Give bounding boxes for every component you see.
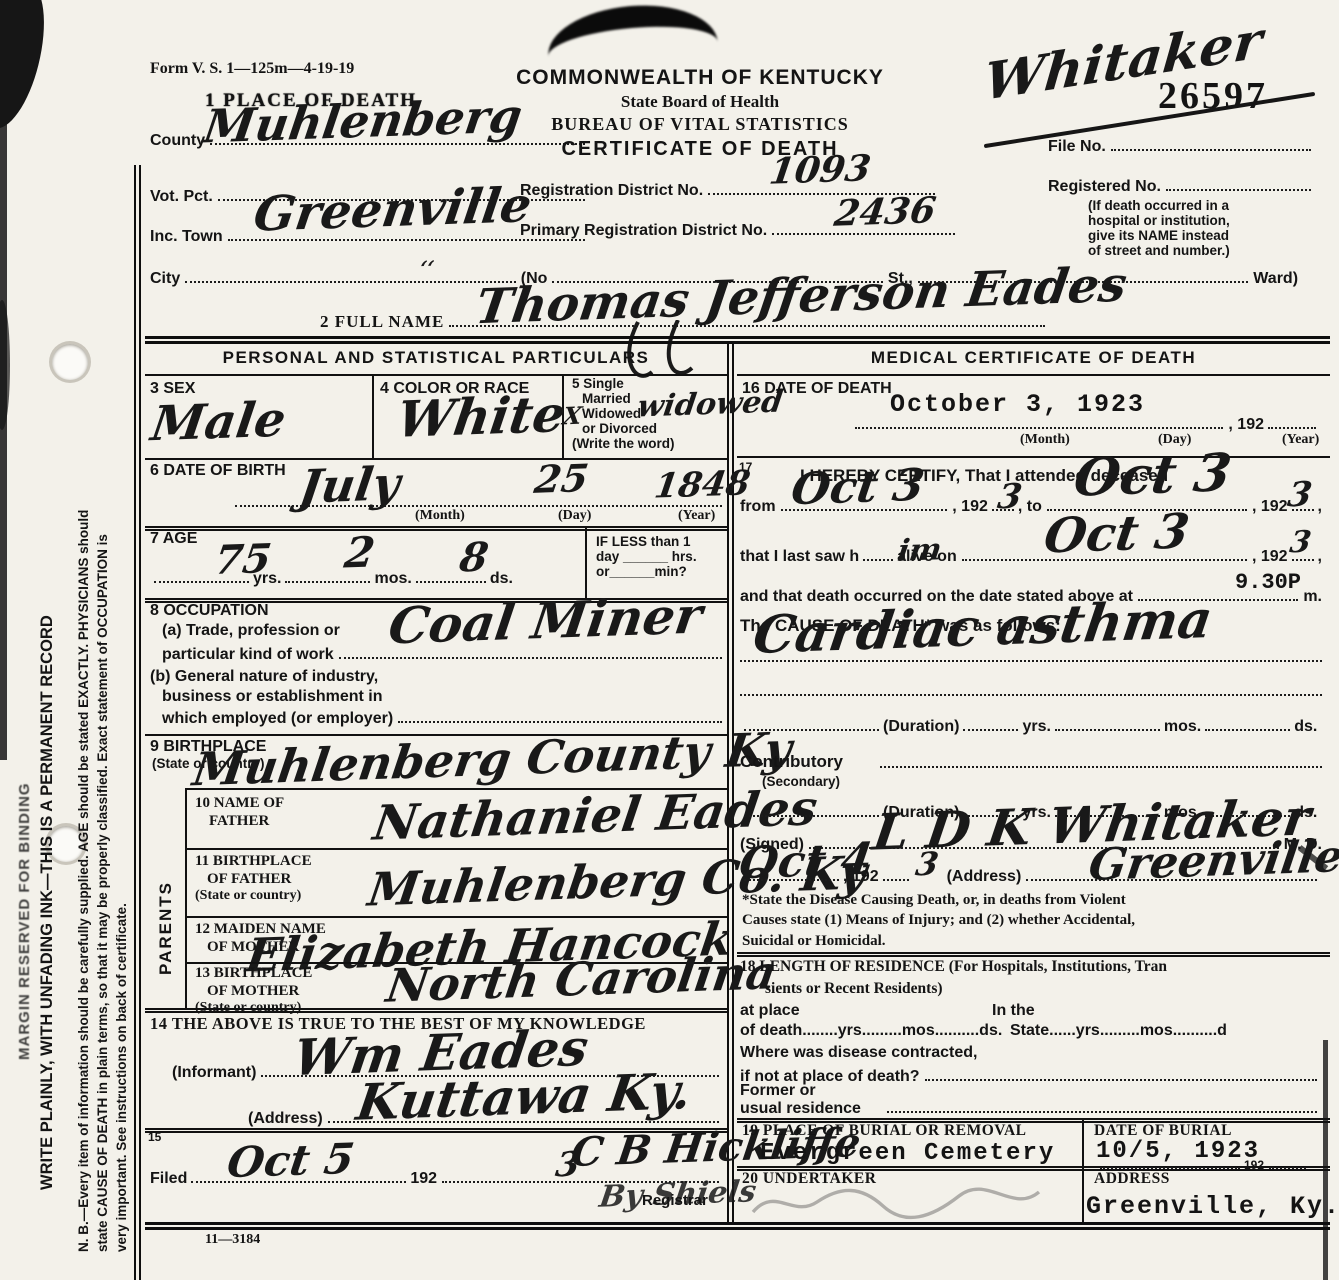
filed-date-value: Oct 5: [225, 1138, 357, 1184]
certificate-number: 26597: [1158, 74, 1268, 118]
marital-check-mark: X: [561, 404, 583, 429]
scan-edge-right: [1323, 1040, 1328, 1280]
father-name-label-l1: 10 NAME OF: [195, 794, 284, 812]
burial-year-line: [1269, 1154, 1306, 1169]
footnote-bottom-rule: [737, 952, 1330, 957]
footnote-line2: Causes state (1) Means of Injury; and (2…: [742, 910, 1135, 930]
father-bp-label-l3: (State or country): [195, 888, 312, 905]
signed-address-label: (Address): [947, 868, 1022, 886]
age-mos-label: mos.: [374, 570, 411, 588]
if-less-line2: day ______ hrs.: [596, 549, 697, 564]
duration-label: (Duration): [883, 718, 959, 736]
last-192-printed: , 192: [1252, 548, 1288, 566]
from-date-value: Oct 3: [789, 464, 927, 513]
punch-hole-top: [52, 344, 88, 380]
burial-192-printed: 192: [1244, 1158, 1264, 1172]
cause-line1: [740, 660, 1322, 662]
form-number: Form V. S. 1—125m—4-19-19: [150, 60, 354, 78]
informant-address-value: Kuttawa Ky.: [354, 1066, 695, 1128]
dob-year-label: (Year): [678, 508, 715, 524]
full-name-label: 2 FULL NAME: [320, 312, 444, 332]
county-value: Muhlenberg: [201, 93, 525, 150]
contributory-line: [880, 766, 1322, 768]
hospital-note-line2: hospital or institution,: [1088, 213, 1328, 228]
burial-place-value: Evergreen Cemetery: [760, 1140, 1055, 1167]
scan-corner-blob2: [0, 300, 10, 430]
father-birthplace-label: 11 BIRTHPLACE OF FATHER (State or countr…: [195, 852, 312, 905]
him-line: [863, 546, 893, 561]
state-line: State......yrs.........mos..........d: [1010, 1022, 1227, 1040]
certify-item-number: 17: [739, 460, 752, 474]
duration-ds-line: [1205, 716, 1290, 731]
filed-label: Filed: [150, 1170, 187, 1188]
occupation-a-line2: particular kind of work: [162, 646, 334, 664]
primary-district-label: Primary Registration District No.: [520, 222, 767, 240]
mother-birthplace-value: North Carolina: [384, 949, 780, 1008]
father-name-label-l2: FATHER: [209, 812, 284, 830]
duration-lead-line: [744, 716, 879, 731]
to-year-value: 3: [1286, 478, 1315, 513]
usual-residence-line: [887, 1098, 1317, 1113]
dob-day-value: 25: [532, 459, 591, 499]
cause-line2: [740, 694, 1322, 696]
of-death-line: of death........yrs.........mos.........…: [740, 1022, 1002, 1040]
occupation-b-line1: (b) General nature of industry,: [150, 668, 378, 686]
signed-date-value: Oct 4: [737, 838, 875, 887]
file-no-label: File No.: [1048, 138, 1106, 156]
sex-value: Male: [148, 396, 289, 449]
dod-year-label: (Year): [1282, 432, 1319, 448]
occupation-value: Coal Miner: [386, 591, 706, 652]
dod-192-printed: , 192: [1228, 416, 1264, 434]
ward-label: Ward): [1253, 270, 1298, 288]
m-suffix-label: m.: [1303, 588, 1322, 606]
residence-label-l2: sients or Recent Residents): [765, 980, 943, 998]
occupation-b-line2: business or establishment in: [162, 688, 383, 706]
from-label: from: [740, 498, 776, 516]
secondary-label: (Secondary): [762, 774, 840, 789]
parents-box-divider: [185, 788, 187, 1008]
margin-divider: [134, 165, 141, 1280]
margin-nb-line3: very important. See instructions on back…: [114, 903, 129, 1252]
occupation-b-line: [398, 708, 722, 723]
if-not-line: [925, 1066, 1317, 1081]
file-no-line: [1111, 136, 1311, 151]
duration-mos-line: [1055, 716, 1160, 731]
registered-no-row: Registered No.: [1048, 176, 1316, 196]
form-code: 11—3184: [205, 1232, 260, 1248]
scan-corner-blob: [0, 0, 57, 135]
if-not-row: if not at place of death?: [740, 1066, 1322, 1086]
reg-district-label: Registration District No.: [520, 182, 703, 200]
undertaker-signature-scribble: [745, 1180, 1045, 1222]
duration-mos-label: mos.: [1164, 718, 1201, 736]
header-center-block: COMMONWEALTH OF KENTUCKY State Board of …: [505, 66, 895, 161]
reg-district-value: 1093: [767, 150, 873, 189]
where-contracted-label: Where was disease contracted,: [740, 1044, 977, 1062]
bottom-border: [145, 1222, 1330, 1230]
hospital-note-line4: of street and number.): [1088, 243, 1328, 258]
medical-section-title: MEDICAL CERTIFICATE OF DEATH: [737, 348, 1330, 368]
dob-label: 6 DATE OF BIRTH: [150, 462, 286, 480]
mother-bp-label-l2: OF MOTHER: [207, 982, 312, 1000]
from-row-comma: ,: [1318, 498, 1322, 516]
at-place-label: at place: [740, 1002, 800, 1020]
board-subtitle: State Board of Health: [505, 92, 895, 112]
margin-binding-note: MARGIN RESERVED FOR BINDING: [16, 782, 33, 1060]
parents-label: PARENTS: [156, 881, 176, 975]
dod-year-line: [1268, 414, 1316, 429]
hospital-note-line3: give its NAME instead: [1088, 228, 1328, 243]
dob-month-value: July: [296, 460, 402, 509]
father-name-rule: [185, 848, 727, 850]
father-bp-label-l1: 11 BIRTHPLACE: [195, 852, 312, 870]
occupation-label: 8 OCCUPATION: [150, 602, 269, 620]
duration-row: (Duration) yrs. mos. ds.: [740, 716, 1322, 736]
signed-year-value: 3: [914, 848, 941, 881]
dob-year-value: 1848: [652, 466, 752, 503]
residence-label-l1: 18 LENGTH OF RESIDENCE (For Hospitals, I…: [740, 958, 1167, 976]
medical-title-rule: [737, 374, 1330, 376]
from-year-value: 3: [996, 480, 1025, 515]
to-label: , to: [1018, 498, 1042, 516]
county-label: County: [150, 132, 205, 150]
death-certificate-scan: MARGIN RESERVED FOR BINDING WRITE PLAINL…: [0, 0, 1339, 1280]
duration2-lead-line: [744, 802, 879, 817]
bureau-subtitle: BUREAU OF VITAL STATISTICS: [505, 114, 895, 135]
age-months-value: 2: [342, 532, 377, 575]
age-label: 7 AGE: [150, 530, 197, 548]
dod-line: [855, 414, 1223, 429]
last-saw-date-value: Oct 3: [1041, 508, 1192, 561]
inc-town-value: Greenville: [251, 181, 535, 239]
cause-of-death-value: Cardiac asthma: [750, 594, 1215, 662]
sex-race-divider: [372, 374, 374, 458]
from-192-printed: , 192: [952, 498, 988, 516]
race-value: White: [394, 389, 568, 445]
city-ditto-mark: ‘‘: [419, 258, 436, 278]
margin-write-plainly-note: WRITE PLAINLY, WITH UNFADING INK—THIS IS…: [38, 615, 57, 1190]
death-time-value: 9.30P: [1235, 570, 1301, 595]
duration-yrs-line: [963, 716, 1018, 731]
undertaker-address-value: Greenville, Ky.: [1086, 1192, 1339, 1221]
usual-residence-label: usual residence: [740, 1100, 861, 1118]
if-less-box: IF LESS than 1 day ______ hrs. or______m…: [596, 534, 697, 579]
dod-line-row: , 192: [850, 414, 1320, 434]
hospital-note: (If death occurred in a hospital or inst…: [1088, 198, 1328, 258]
to-192-printed: , 192: [1252, 498, 1288, 516]
age-box-divider: [585, 526, 587, 598]
filed-year-printed: 192: [410, 1170, 437, 1188]
usual-residence-row: usual residence: [740, 1098, 1322, 1118]
duration-yrs-label: yrs.: [1022, 718, 1050, 736]
occupation-a-line1: (a) Trade, profession or: [162, 622, 340, 640]
personal-section-title: PERSONAL AND STATISTICAL PARTICULARS: [145, 348, 727, 368]
burial-place-label: 19 PLACE OF BURIAL OR REMOVAL: [742, 1122, 1027, 1140]
dob-day-label: (Day): [558, 508, 591, 524]
row1-bottom-rule: [145, 458, 727, 460]
mother-bp-label-l1: 13 BIRTHPLACE: [195, 964, 312, 982]
father-name-label: 10 NAME OF FATHER: [195, 794, 284, 830]
footnote-line1: *State the Disease Causing Death, or, in…: [742, 890, 1135, 910]
if-less-line3: or______min?: [596, 564, 697, 579]
date-of-death-label: 16 DATE OF DEATH: [742, 380, 892, 398]
contributory-label: Contributory: [740, 752, 843, 772]
registered-no-line: [1166, 176, 1311, 191]
undertaker-address-label: ADDRESS: [1094, 1170, 1170, 1188]
cause-footnote: *State the Disease Causing Death, or, in…: [742, 890, 1135, 951]
inc-town-label: Inc. Town: [150, 228, 223, 246]
father-bp-label-l2: OF FATHER: [207, 870, 312, 888]
file-no-row: File No.: [1048, 136, 1316, 156]
city-line: [185, 268, 516, 283]
burial-date-line: [1100, 1154, 1240, 1169]
dod-month-label: (Month): [1020, 432, 1070, 448]
informant-address-label: (Address): [248, 1110, 323, 1128]
margin-nb-line1: N. B.—Every item of information should b…: [76, 510, 91, 1252]
age-years-value: 75: [212, 539, 274, 581]
dob-bottom-rule: [145, 526, 727, 531]
him-value: im: [896, 535, 944, 566]
registered-no-label: Registered No.: [1048, 178, 1161, 196]
last-saw-label: that I last saw h: [740, 548, 859, 566]
signed-address-value: Greenville, Ky: [1086, 832, 1339, 888]
dob-month-label: (Month): [415, 508, 465, 524]
in-the-label: In the: [992, 1002, 1035, 1020]
to-date-value: Oct 3: [1071, 447, 1234, 504]
age-days-value: 8: [457, 538, 491, 579]
occupation-b-line3: which employed (or employer): [162, 710, 393, 728]
dod-bottom-rule: [737, 456, 1330, 458]
duration-ds-label: ds.: [1294, 718, 1317, 736]
registrar-label: Registrar: [642, 1192, 708, 1209]
hospital-note-line1: (If death occurred in a: [1088, 198, 1328, 213]
commonwealth-title: COMMONWEALTH OF KENTUCKY: [505, 66, 895, 90]
if-less-line1: IF LESS than 1: [596, 534, 697, 549]
signed-year-line: [883, 866, 909, 881]
margin-nb-line2: state CAUSE OF DEATH in plain terms, so …: [95, 534, 110, 1252]
occupation-b-row: which employed (or employer): [162, 708, 727, 728]
age-ds-label: ds.: [490, 570, 513, 588]
last-row-comma: ,: [1318, 548, 1322, 566]
marital-write-word: (Write the word): [572, 436, 675, 451]
city-label: City: [150, 270, 180, 288]
header-divider: [145, 336, 1330, 344]
parents-bottom-rule: [145, 1008, 727, 1013]
primary-district-value: 2436: [832, 192, 938, 231]
informant-label: (Informant): [172, 1064, 256, 1082]
vot-pct-label: Vot. Pct.: [150, 188, 213, 206]
footnote-line3: Suicidal or Homicidal.: [742, 931, 1135, 951]
last-year-value: 3: [1288, 528, 1313, 559]
last-saw-row: that I last saw h alive on , 192 ,: [740, 546, 1322, 566]
filed-item-number: 15: [148, 1130, 161, 1144]
